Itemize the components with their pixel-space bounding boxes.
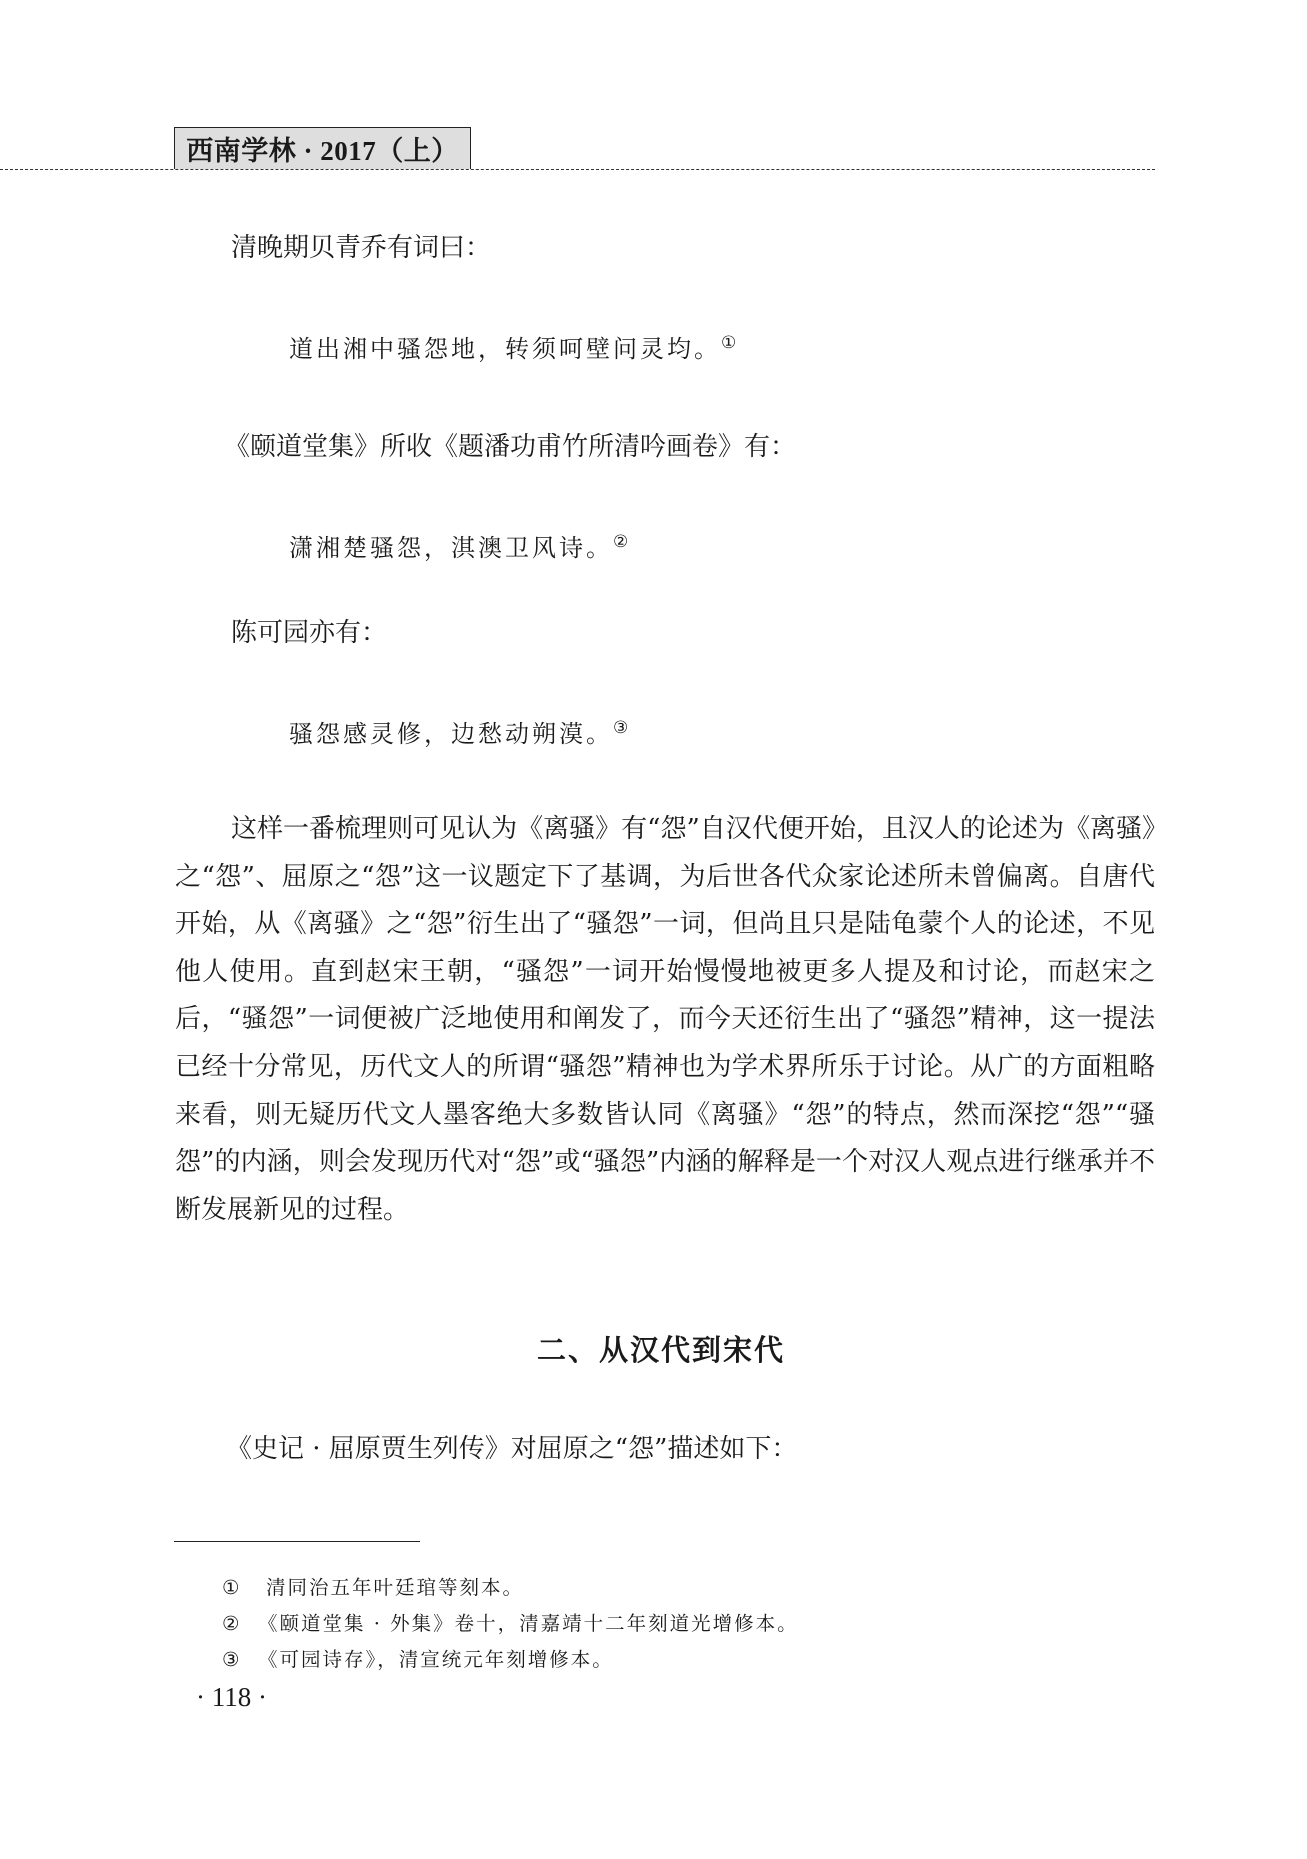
footnote-number: ① bbox=[222, 1575, 258, 1601]
intro-text: 《颐道堂集》所收《题潘功甫竹所清吟画卷》有： bbox=[224, 432, 796, 462]
body-paragraph: 这样一番梳理则可见认为《离骚》有“怨”自汉代便开始，且汉人的论述为《离骚》之“怨… bbox=[175, 806, 1155, 1234]
intro-line: 清晚期贝青乔有词曰： bbox=[231, 233, 491, 263]
journal-title: 西南学林 · 2017（上） bbox=[186, 129, 459, 168]
footnote-text: 清同治五年叶廷琯等刻本。 bbox=[266, 1576, 524, 1599]
quote-block: 潇湘楚骚怨，淇澳卫风诗。② bbox=[289, 527, 631, 563]
intro-line: 《颐道堂集》所收《题潘功甫竹所清吟画卷》有： bbox=[224, 432, 796, 462]
footnote-ref[interactable]: ① bbox=[721, 333, 739, 353]
running-header: 西南学林 · 2017（上） bbox=[174, 127, 471, 169]
quote-block: 道出湘中骚怨地，转须呵壁问灵均。① bbox=[289, 328, 739, 364]
quote-text: 道出湘中骚怨地，转须呵壁问灵均。 bbox=[289, 335, 721, 363]
header-dashed-divider bbox=[0, 169, 1155, 170]
footnote-text: 《可园诗存》，清宣统元年刻增修本。 bbox=[258, 1648, 614, 1671]
footnote-item: ②《颐道堂集 · 外集》卷十，清嘉靖十二年刻道光增修本。 bbox=[222, 1611, 799, 1637]
footnote-text: 《颐道堂集 · 外集》卷十，清嘉靖十二年刻道光增修本。 bbox=[258, 1612, 799, 1635]
footnote-number: ③ bbox=[222, 1647, 258, 1673]
footnote-number: ② bbox=[222, 1611, 258, 1637]
page-number: · 118 · bbox=[196, 1682, 267, 1713]
intro-text: 陈可园亦有： bbox=[231, 618, 387, 648]
quote-text: 潇湘楚骚怨，淇澳卫风诗。 bbox=[289, 534, 613, 562]
quote-block: 骚怨感灵修，边愁动朔漠。③ bbox=[289, 713, 631, 749]
section-intro: 《史记 · 屈原贾生列传》对屈原之“怨”描述如下： bbox=[226, 1434, 797, 1464]
footnote-item: ③《可园诗存》，清宣统元年刻增修本。 bbox=[222, 1647, 614, 1673]
quote-text: 骚怨感灵修，边愁动朔漠。 bbox=[289, 720, 613, 748]
footnote-ref[interactable]: ③ bbox=[613, 718, 631, 738]
section-heading: 二、从汉代到宋代 bbox=[537, 1328, 785, 1369]
intro-text: 清晚期贝青乔有词曰： bbox=[231, 233, 491, 263]
intro-line: 陈可园亦有： bbox=[231, 618, 387, 648]
footnote-divider bbox=[174, 1541, 420, 1542]
footnote-item: ①清同治五年叶廷琯等刻本。 bbox=[222, 1575, 524, 1601]
footnote-ref[interactable]: ② bbox=[613, 532, 631, 552]
